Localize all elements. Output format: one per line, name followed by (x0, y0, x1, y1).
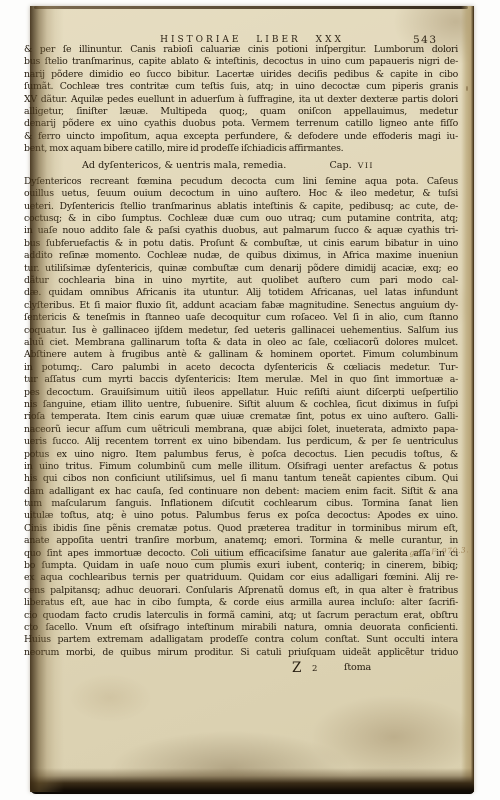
text-line: tur. utiliſsimæ dyſentericis, quinæ comb… (24, 263, 458, 275)
text-line: anate appoſita uentri tranſire morbum, a… (24, 535, 458, 547)
text-line: in potumq;. Caro palumbi in aceto decoct… (24, 362, 458, 374)
text-line: Dyſentericos recreant fœmina pecudum dec… (24, 176, 458, 188)
text-line: in uaſe nouo addito ſale & paſsi cyathis… (24, 225, 458, 237)
text-line: cio quodam facto crudis laterculis in fo… (24, 610, 458, 622)
scanned-book-screenshot: HISTORIAE LIBER XXX 543 & per ſe illinun… (0, 0, 500, 800)
text-line: ueteri. Dyſentericis ſtellio tranſmarinu… (24, 201, 458, 213)
text-line: nis ſanguine, etiam illito uentre, ſubue… (24, 399, 458, 411)
text-line: dæ. quidam omnibus Africanis ita utuntur… (24, 287, 458, 299)
text-line: his qui cibos non conficiunt utiliſsimus… (24, 473, 458, 485)
text-line: aluũ ciet. Membrana gallinarum toſta & d… (24, 337, 458, 349)
text-line: coquatur. Ius è gallinaceo ijſdem medetu… (24, 325, 458, 337)
text-line: ſumãt. Cochleæ tres contritæ cum teſtis … (24, 81, 458, 93)
page-edge-bottom (30, 768, 474, 794)
text-line: coctusq; & in cibo ſumptus. Cochleæ duæ … (24, 213, 458, 225)
chapter-heading: Ad dyſentericos, & uentris mala, remedia… (24, 160, 458, 172)
page-scan: HISTORIAE LIBER XXX 543 & per ſe illinun… (30, 6, 474, 792)
text-line: uitulæ toſtus, atq; è uino potus. Palumb… (24, 510, 458, 522)
text-line: Cinis ibidis ſine pẽnis crematæ potus. Q… (24, 523, 458, 535)
text-line: neorum morbi, de quibus mirum proditur. … (24, 647, 458, 659)
paragraph-block-2: Dyſentericos recreant fœmina pecudum dec… (24, 176, 458, 659)
paragraph-block-1: & per ſe illinuntur. Canis rabioſi calua… (24, 44, 458, 156)
text-line: in uino tritus. Fimum columbinũ cum mell… (24, 461, 458, 473)
text-line: narij põdere dimidio eo ſucco bibitur. L… (24, 69, 458, 81)
text-line: bo ſumpta. Quidam in uaſe nouo cum plumi… (24, 560, 458, 572)
text-column: & per ſe illinuntur. Canis rabioſi calua… (24, 44, 458, 659)
text-line: clyſteribus. Et ſi maior fluxio ſit, add… (24, 300, 458, 312)
text-line: ex aqua cochlearibus ternis per quatridu… (24, 572, 458, 584)
text-line: tum maſcularum ſanguis. Inflationem diſc… (24, 498, 458, 510)
text-line: bus ſubferuefactis & in potu datis. Proſ… (24, 238, 458, 250)
text-line: & per ſe illinuntur. Canis rabioſi calua… (24, 44, 458, 56)
running-header: HISTORIAE LIBER XXX (30, 35, 474, 45)
text-line: ouillus uetus, ſeuum ouium decoctum in u… (24, 188, 458, 200)
page-number: 543 (413, 34, 438, 46)
gutter-shadow (30, 6, 64, 792)
text-line: naceorũ iecur aſſum cum uẽtriculi membra… (24, 424, 458, 436)
text-line: ueris ſucco. Alij recentem torrent ex ui… (24, 436, 458, 448)
text-line: dãtur cochlearia bina in uino myrtite, a… (24, 275, 458, 287)
text-line: pes decoctum. Grauiſsimum uitiũ ileos ap… (24, 387, 458, 399)
text-line: cto ſacello. Vnum eſt oſsifrago inteſtin… (24, 622, 458, 634)
text-line: addito reſinæ momento. Cochleæ nudæ, de … (24, 250, 458, 262)
text-line: liberatus eſt, aue hac in cibo ſumpta, &… (24, 597, 458, 609)
chapter-title: Ad dyſentericos, & uentris mala, remedia… (82, 160, 286, 172)
ink-underlined-phrase: Coli uitium (191, 548, 244, 560)
text-line: tur aſſatus cum myrti baccis dyſenterici… (24, 374, 458, 386)
page-edge-top (34, 6, 468, 9)
text-line: cens palpitansq; adhuc deuorari. Conſula… (24, 585, 458, 597)
chapter-number-label: Cap. (329, 160, 351, 172)
ink-speck (466, 86, 468, 91)
text-line: rioſa temperata. Item cinis earum quæ ui… (24, 411, 458, 423)
signature-row: Z 2 ſtoma (30, 660, 474, 676)
signature-number: 2 (312, 664, 317, 674)
text-line: alligetur, ſiniſter læuæ. Multipeda quoq… (24, 106, 458, 118)
text-line: Huius partem extremam adalligatam prodeſ… (24, 634, 458, 646)
text-line: ſentericis & teneſmis in ſtanneo uaſe de… (24, 312, 458, 324)
text-line: bent, mox aquam bibere catillo, mire id … (24, 143, 458, 155)
text-line: bus ſtelio tranſmarinus, capite ablato &… (24, 56, 458, 68)
catchword: ſtoma (344, 662, 371, 673)
text-line: dam adalligant ex hac cauſa, ſed continu… (24, 486, 458, 498)
chapter-number: VII (358, 160, 374, 172)
text-line: & ferro uincto impoſitum, aqua excepta p… (24, 131, 458, 143)
signature-mark: Z (292, 660, 301, 676)
text-line: XV dãtur. Aquilæ pedes euellunt in aduer… (24, 94, 458, 106)
text-line: denarij põdere ex uino cyathis duobus po… (24, 118, 458, 130)
text-line: quo ſint apes immortuæ decocto. Coli uit… (24, 548, 458, 560)
text-line: potus ex uino nigro. Item palumbus ferus… (24, 449, 458, 461)
text-line: Abſtinere autem à frugibus antè & gallin… (24, 349, 458, 361)
